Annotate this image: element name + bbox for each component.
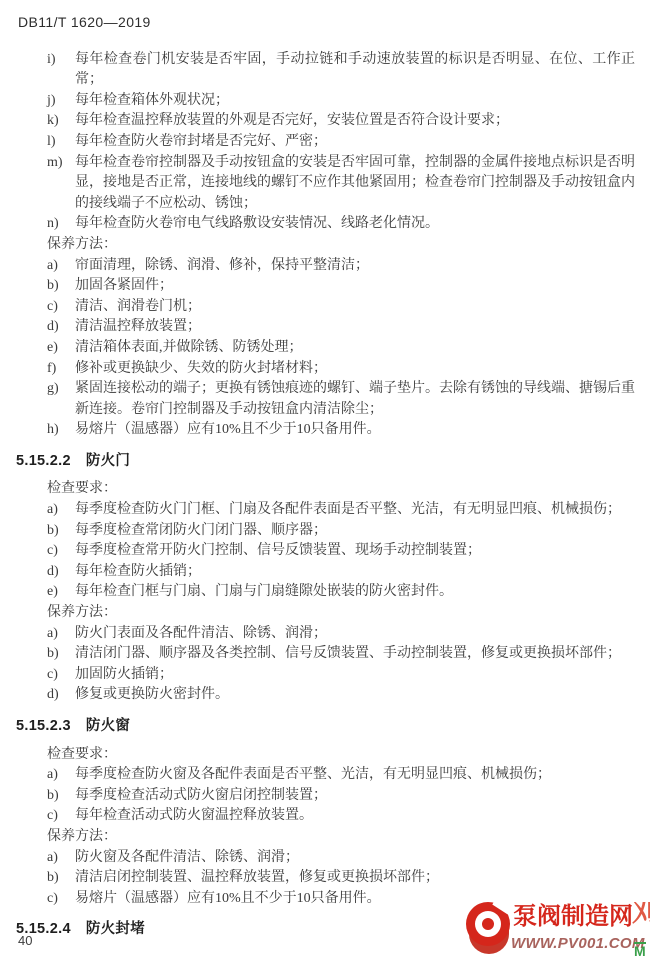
list-item: a) 每季度检查防火窗及各配件表面是否平整、光洁，有无明显凹痕、机械损伤； bbox=[18, 765, 638, 786]
annual-check-list: i) 每年检查卷门机安装是否牢固，手动拉链和手动速放装置的标识是否明显、在位、工… bbox=[18, 50, 638, 235]
item-text: 每季度检查防火窗及各配件表面是否平整、光洁，有无明显凹痕、机械损伤； bbox=[75, 765, 638, 786]
item-text: 紧固连接松动的端子；更换有锈蚀痕迹的螺钉、端子垫片。去除有锈蚀的导线端、搪锡后重… bbox=[75, 379, 638, 420]
item-text: 每年检查门框与门扇、门扇与门扇缝隙处嵌装的防火密封件。 bbox=[75, 582, 638, 603]
item-letter: a) bbox=[47, 765, 75, 786]
item-text: 每年检查卷帘控制器及手动按钮盒的安装是否牢固可靠，控制器的金属件接地点标识是否明… bbox=[75, 153, 638, 215]
check-list: a) 每季度检查防火门门框、门扇及各配件表面是否平整、光洁，有无明显凹痕、机械损… bbox=[18, 500, 638, 603]
item-text: 加固防火插销； bbox=[75, 665, 638, 686]
item-letter: b) bbox=[47, 868, 75, 889]
item-letter: d) bbox=[47, 317, 75, 338]
list-item: c) 加固防火插销； bbox=[18, 665, 638, 686]
item-letter: k) bbox=[47, 111, 75, 132]
item-letter: b) bbox=[47, 786, 75, 807]
section-title: 防火窗 bbox=[86, 718, 130, 734]
maintenance-label: 保养方法： bbox=[47, 603, 638, 624]
logo-center-dot bbox=[482, 918, 494, 930]
list-item: j) 每年检查箱体外观状况； bbox=[18, 91, 638, 112]
section-heading-fire-door: 5.15.2.2防火门 bbox=[16, 451, 638, 472]
section-number: 5.15.2.2 bbox=[16, 453, 71, 469]
pump-valve-logo-icon bbox=[466, 902, 516, 958]
section-number: 5.15.2.3 bbox=[16, 718, 71, 734]
item-text: 清洁闭门器、顺序器及各类控制、信号反馈装置、手动控制装置，修复或更换损坏部件； bbox=[75, 644, 638, 665]
list-item: b) 每季度检查常闭防火门闭门器、顺序器； bbox=[18, 521, 638, 542]
list-item: a) 每季度检查防火门门框、门扇及各配件表面是否平整、光洁，有无明显凹痕、机械损… bbox=[18, 500, 638, 521]
item-letter: c) bbox=[47, 806, 75, 827]
page-number: 40 bbox=[18, 931, 32, 952]
section-title: 防火封堵 bbox=[86, 921, 145, 937]
item-text: 清洁箱体表面,并做除锈、防锈处理； bbox=[75, 338, 638, 359]
watermark-edge-letter: M bbox=[634, 942, 646, 958]
item-letter: c) bbox=[47, 297, 75, 318]
list-item: d) 清洁温控释放装置； bbox=[18, 317, 638, 338]
list-item: b) 加固各紧固件； bbox=[18, 276, 638, 297]
item-text: 易熔片（温感器）应有10%且不少于10只备用件。 bbox=[75, 420, 638, 441]
item-text: 加固各紧固件； bbox=[75, 276, 638, 297]
check-label: 检查要求： bbox=[47, 745, 638, 766]
item-text: 每季度检查常闭防火门闭门器、顺序器； bbox=[75, 521, 638, 542]
list-item: b) 清洁闭门器、顺序器及各类控制、信号反馈装置、手动控制装置，修复或更换损坏部… bbox=[18, 644, 638, 665]
item-letter: c) bbox=[47, 665, 75, 686]
item-letter: b) bbox=[47, 644, 75, 665]
watermark-url-text: WWW.PV001.COM bbox=[511, 934, 645, 955]
watermark-logo: 泵阀制造网 WWW.PV001.COM 刈 M bbox=[458, 884, 650, 962]
item-letter: b) bbox=[47, 521, 75, 542]
list-item: c) 每季度检查常开防火门控制、信号反馈装置、现场手动控制装置； bbox=[18, 541, 638, 562]
list-item: e) 清洁箱体表面,并做除锈、防锈处理； bbox=[18, 338, 638, 359]
item-text: 每年检查箱体外观状况； bbox=[75, 91, 638, 112]
check-label: 检查要求： bbox=[47, 479, 638, 500]
item-letter: f) bbox=[47, 359, 75, 380]
list-item: l) 每年检查防火卷帘封堵是否完好、严密； bbox=[18, 132, 638, 153]
list-item: m) 每年检查卷帘控制器及手动按钮盒的安装是否牢固可靠，控制器的金属件接地点标识… bbox=[18, 153, 638, 215]
watermark-clipped-fragment: 刈 bbox=[632, 902, 650, 936]
watermark-brand-text: 泵阀制造网 bbox=[513, 904, 633, 930]
item-text: 防火窗及各配件清洁、除锈、润滑； bbox=[75, 848, 638, 869]
item-letter: h) bbox=[47, 420, 75, 441]
maintenance-label: 保养方法： bbox=[47, 827, 638, 848]
maintenance-list: a) 防火门表面及各配件清洁、除锈、润滑； b) 清洁闭门器、顺序器及各类控制、… bbox=[18, 624, 638, 706]
item-letter: a) bbox=[47, 500, 75, 521]
list-item: k) 每年检查温控释放装置的外观是否完好，安装位置是否符合设计要求； bbox=[18, 111, 638, 132]
maintenance-label: 保养方法： bbox=[47, 235, 638, 256]
item-letter: e) bbox=[47, 338, 75, 359]
list-item: c) 每年检查活动式防火窗温控释放装置。 bbox=[18, 806, 638, 827]
item-text: 每季度检查活动式防火窗启闭控制装置； bbox=[75, 786, 638, 807]
item-letter: n) bbox=[47, 214, 75, 235]
item-letter: c) bbox=[47, 541, 75, 562]
list-item: a) 帘面清理，除锈、润滑、修补，保持平整清洁； bbox=[18, 256, 638, 277]
list-item: d) 修复或更换防火密封件。 bbox=[18, 685, 638, 706]
item-letter: d) bbox=[47, 685, 75, 706]
item-letter: g) bbox=[47, 379, 75, 420]
item-letter: a) bbox=[47, 624, 75, 645]
list-item: a) 防火窗及各配件清洁、除锈、润滑； bbox=[18, 848, 638, 869]
list-item: f) 修补或更换缺少、失效的防火封堵材料； bbox=[18, 359, 638, 380]
item-text: 每季度检查防火门门框、门扇及各配件表面是否平整、光洁，有无明显凹痕、机械损伤； bbox=[75, 500, 638, 521]
item-text: 每年检查防火卷帘电气线路敷设安装情况、线路老化情况。 bbox=[75, 214, 638, 235]
item-letter: d) bbox=[47, 562, 75, 583]
item-letter: b) bbox=[47, 276, 75, 297]
item-letter: j) bbox=[47, 91, 75, 112]
item-letter: i) bbox=[47, 50, 75, 91]
item-text: 每年检查温控释放装置的外观是否完好，安装位置是否符合设计要求； bbox=[75, 111, 638, 132]
section-heading-fire-window: 5.15.2.3防火窗 bbox=[16, 716, 638, 737]
item-letter: e) bbox=[47, 582, 75, 603]
list-item: a) 防火门表面及各配件清洁、除锈、润滑； bbox=[18, 624, 638, 645]
list-item: n) 每年检查防火卷帘电气线路敷设安装情况、线路老化情况。 bbox=[18, 214, 638, 235]
item-letter: a) bbox=[47, 256, 75, 277]
item-text: 每季度检查常开防火门控制、信号反馈装置、现场手动控制装置； bbox=[75, 541, 638, 562]
item-letter: c) bbox=[47, 889, 75, 910]
item-text: 每年检查防火卷帘封堵是否完好、严密； bbox=[75, 132, 638, 153]
item-text: 清洁温控释放装置； bbox=[75, 317, 638, 338]
item-text: 帘面清理，除锈、润滑、修补，保持平整清洁； bbox=[75, 256, 638, 277]
item-text: 每年检查防火插销； bbox=[75, 562, 638, 583]
list-item: c) 清洁、润滑卷门机； bbox=[18, 297, 638, 318]
list-item: i) 每年检查卷门机安装是否牢固，手动拉链和手动速放装置的标识是否明显、在位、工… bbox=[18, 50, 638, 91]
list-item: d) 每年检查防火插销； bbox=[18, 562, 638, 583]
item-text: 每年检查卷门机安装是否牢固，手动拉链和手动速放装置的标识是否明显、在位、工作正常… bbox=[75, 50, 638, 91]
list-item: b) 每季度检查活动式防火窗启闭控制装置； bbox=[18, 786, 638, 807]
item-letter: l) bbox=[47, 132, 75, 153]
list-item: h) 易熔片（温感器）应有10%且不少于10只备用件。 bbox=[18, 420, 638, 441]
maintenance-list: a) 帘面清理，除锈、润滑、修补，保持平整清洁； b) 加固各紧固件； c) 清… bbox=[18, 256, 638, 441]
check-list: a) 每季度检查防火窗及各配件表面是否平整、光洁，有无明显凹痕、机械损伤； b)… bbox=[18, 765, 638, 827]
item-text: 每年检查活动式防火窗温控释放装置。 bbox=[75, 806, 638, 827]
item-text: 防火门表面及各配件清洁、除锈、润滑； bbox=[75, 624, 638, 645]
list-item: e) 每年检查门框与门扇、门扇与门扇缝隙处嵌装的防火密封件。 bbox=[18, 582, 638, 603]
item-letter: a) bbox=[47, 848, 75, 869]
list-item: g) 紧固连接松动的端子；更换有锈蚀痕迹的螺钉、端子垫片。去除有锈蚀的导线端、搪… bbox=[18, 379, 638, 420]
section-title: 防火门 bbox=[86, 453, 130, 469]
item-letter: m) bbox=[47, 153, 75, 215]
item-text: 修补或更换缺少、失效的防火封堵材料； bbox=[75, 359, 638, 380]
item-text: 清洁、润滑卷门机； bbox=[75, 297, 638, 318]
page-content: i) 每年检查卷门机安装是否牢固，手动拉链和手动速放装置的标识是否明显、在位、工… bbox=[18, 50, 638, 940]
document-page: DB11/T 1620—2019 i) 每年检查卷门机安装是否牢固，手动拉链和手… bbox=[0, 0, 650, 940]
item-text: 修复或更换防火密封件。 bbox=[75, 685, 638, 706]
doc-number: DB11/T 1620—2019 bbox=[18, 12, 638, 33]
